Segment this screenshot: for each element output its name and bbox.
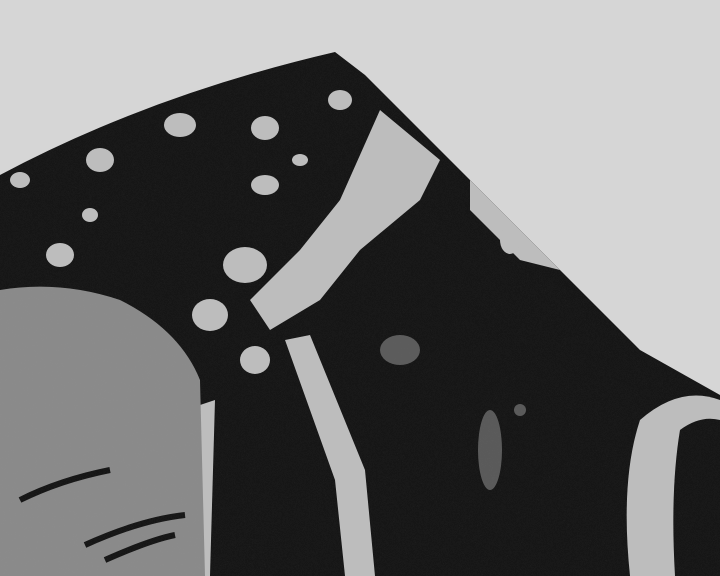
sherd-photo-graphic	[0, 0, 720, 576]
photograph	[0, 0, 720, 576]
foot-inner	[673, 419, 720, 576]
